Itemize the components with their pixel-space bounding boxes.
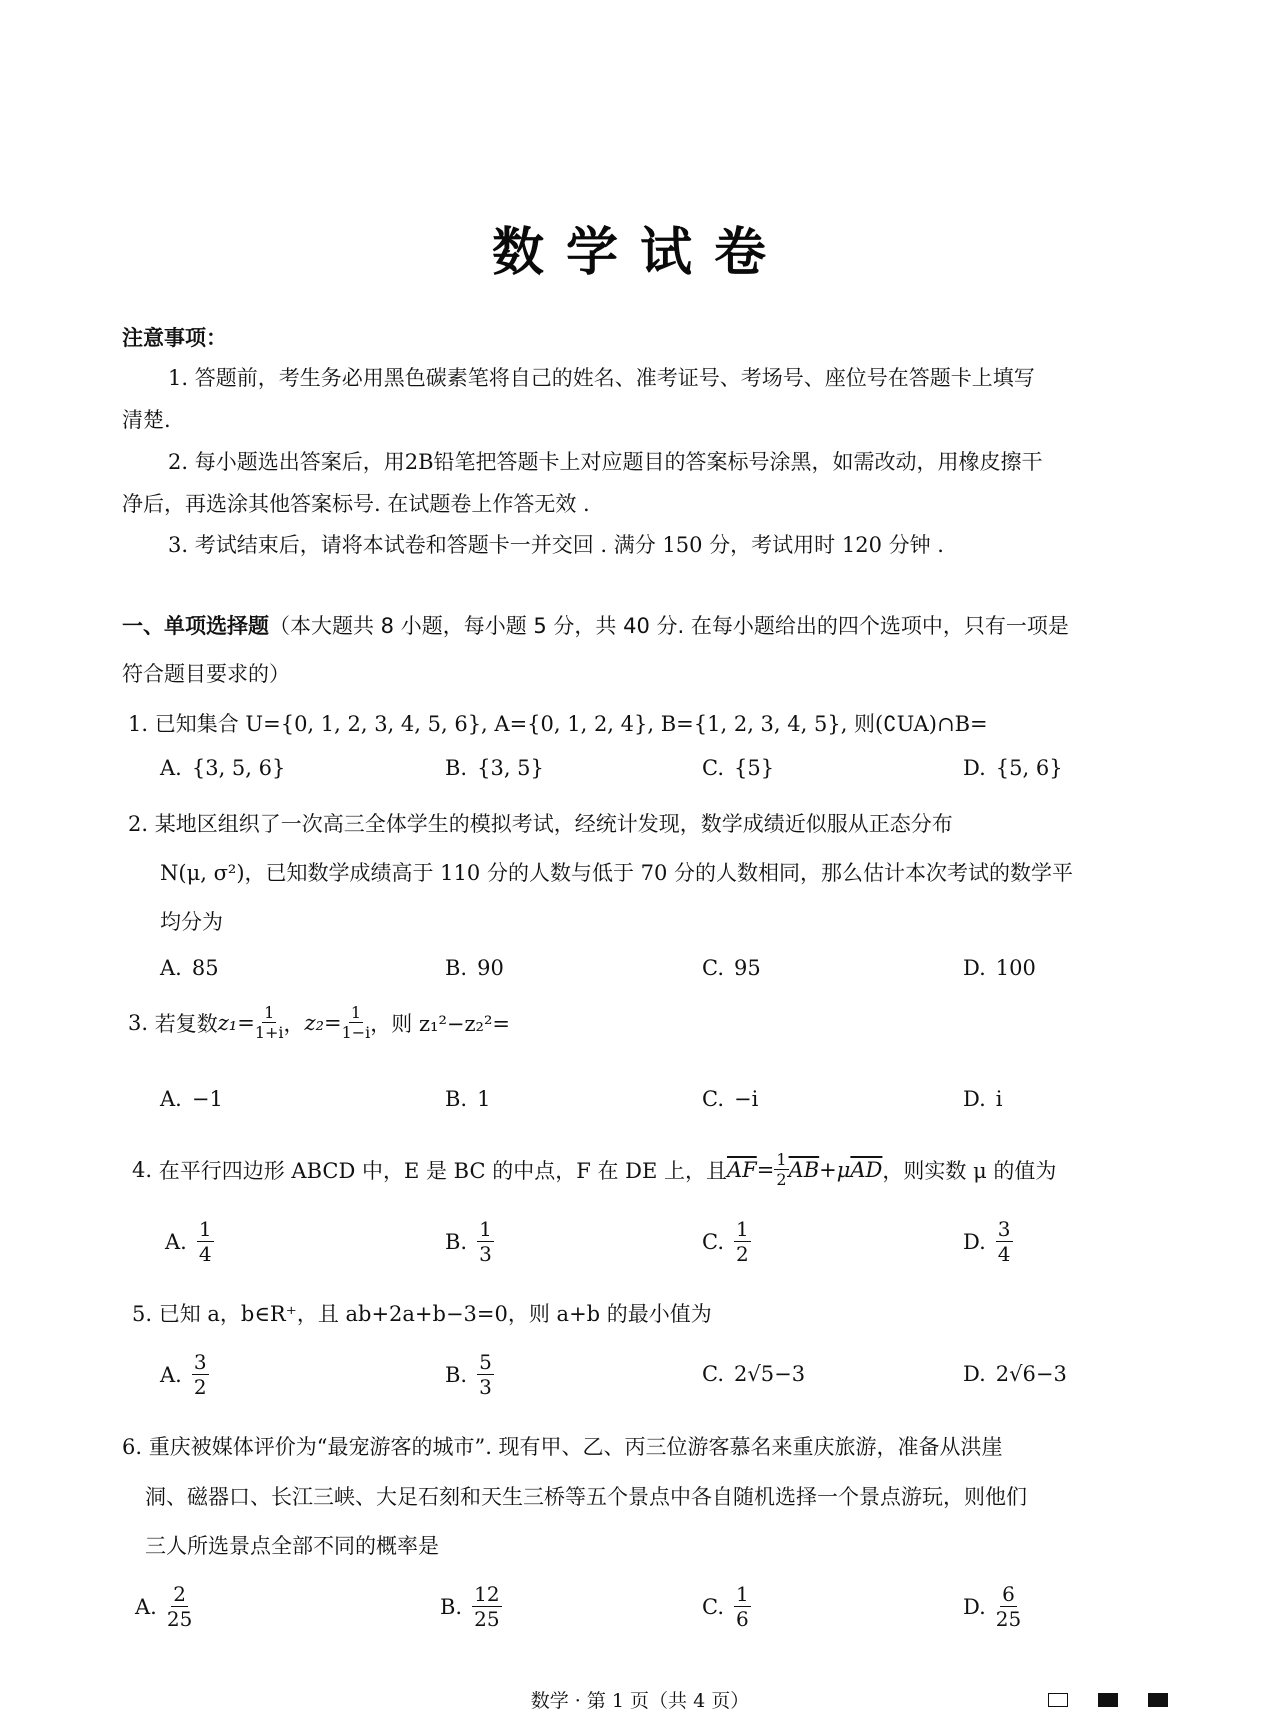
q4-option-b[interactable]: B.13	[445, 1217, 494, 1266]
notice-item-1-line2: 清楚.	[122, 405, 171, 435]
q1-option-b[interactable]: B.{3, 5}	[445, 756, 544, 780]
q1-option-d[interactable]: D.{5, 6}	[963, 756, 1063, 780]
q3-option-b[interactable]: B.1	[445, 1087, 490, 1111]
question-text-line1: 某地区组织了一次高三全体学生的模拟考试，经统计发现，数学成绩近似服从正态分布	[155, 812, 953, 836]
question-2: 2. 某地区组织了一次高三全体学生的模拟考试，经统计发现，数学成绩近似服从正态分…	[128, 808, 953, 838]
q3-option-a[interactable]: A.−1	[160, 1087, 223, 1111]
question-number: 4.	[132, 1158, 152, 1182]
q3-option-c[interactable]: C.−i	[702, 1087, 758, 1111]
registration-marks	[1048, 1693, 1168, 1707]
question-6-line2: 洞、磁器口、长江三峡、大足石刻和天生三桥等五个景点中各自随机选择一个景点游玩，则…	[145, 1481, 1027, 1511]
question-6: 6. 重庆被媒体评价为“最宠游客的城市”. 现有甲、乙、丙三位游客慕名来重庆旅游…	[122, 1431, 1003, 1461]
q3-option-d[interactable]: D.i	[963, 1087, 1002, 1111]
q6-option-d[interactable]: D.625	[963, 1582, 1021, 1631]
notice-item-3: 3. 考试结束后，请将本试卷和答题卡一并交回 . 满分 150 分，考试用时 1…	[168, 530, 944, 560]
q1-option-c[interactable]: C.{5}	[702, 756, 774, 780]
question-number: 3.	[128, 1011, 148, 1035]
empty-square-icon	[1048, 1693, 1068, 1707]
page-title: 数学试卷	[0, 210, 1280, 285]
question-4: 4. 在平行四边形 ABCD 中，E 是 BC 的中点，F 在 DE 上，且 A…	[132, 1150, 1056, 1189]
question-6-line3: 三人所选景点全部不同的概率是	[145, 1530, 439, 1560]
notice-heading: 注意事项：	[122, 322, 227, 352]
section-title: 一、单项选择题	[122, 614, 269, 638]
q6-option-b[interactable]: B.1225	[440, 1582, 502, 1631]
filled-square-icon	[1148, 1693, 1168, 1707]
question-number: 2.	[128, 812, 148, 836]
section-heading: 一、单项选择题（本大题共 8 小题，每小题 5 分，共 40 分. 在每小题给出…	[122, 610, 1069, 640]
question-number: 6.	[122, 1435, 142, 1459]
question-2-line2: N(μ, σ²)，已知数学成绩高于 110 分的人数与低于 70 分的人数相同，…	[160, 857, 1073, 887]
question-number: 1.	[128, 712, 148, 736]
fraction: 11−i	[342, 1003, 371, 1042]
q2-option-c[interactable]: C.95	[702, 956, 761, 980]
question-text-line1: 重庆被媒体评价为“最宠游客的城市”. 现有甲、乙、丙三位游客慕名来重庆旅游，准备…	[149, 1435, 1003, 1459]
q4-option-c[interactable]: C.12	[702, 1217, 751, 1266]
question-5: 5. 已知 a，b∈R⁺，且 ab+2a+b−3=0，则 a+b 的最小值为	[132, 1298, 712, 1328]
fraction: 12	[774, 1150, 788, 1189]
q2-option-d[interactable]: D.100	[963, 956, 1036, 980]
vector-ad: AD	[850, 1158, 882, 1182]
q4-option-d[interactable]: D.34	[963, 1217, 1013, 1266]
question-text: 已知集合 U={0, 1, 2, 3, 4, 5, 6}, A={0, 1, 2…	[155, 712, 988, 736]
question-3: 3. 若复数 z₁= 11+i， z₂= 11−i ，则 z₁²−z₂²=	[128, 1003, 510, 1042]
notice-item-2-line2: 净后，再选涂其他答案标号. 在试题卷上作答无效 .	[122, 489, 590, 519]
q5-option-d[interactable]: D.2√6−3	[963, 1362, 1067, 1386]
filled-square-icon	[1098, 1693, 1118, 1707]
section-description: （本大题共 8 小题，每小题 5 分，共 40 分. 在每小题给出的四个选项中，…	[269, 614, 1069, 638]
notice-item-1-line1: 1. 答题前，考生务必用黑色碳素笔将自己的姓名、准考证号、考场号、座位号在答题卡…	[168, 363, 1035, 393]
question-2-line3: 均分为	[160, 906, 223, 936]
q2-option-b[interactable]: B.90	[445, 956, 504, 980]
section-description-line2: 符合题目要求的）	[122, 658, 290, 688]
q1-option-a[interactable]: A.{3, 5, 6}	[160, 756, 285, 780]
vector-ab: AB	[789, 1158, 820, 1182]
question-number: 5.	[132, 1302, 152, 1326]
q6-option-a[interactable]: A.225	[135, 1582, 192, 1631]
q4-option-a[interactable]: A.14	[165, 1217, 214, 1266]
q5-option-b[interactable]: B.53	[445, 1350, 494, 1399]
q6-option-c[interactable]: C.16	[702, 1582, 751, 1631]
q5-option-c[interactable]: C.2√5−3	[702, 1362, 805, 1386]
question-1: 1. 已知集合 U={0, 1, 2, 3, 4, 5, 6}, A={0, 1…	[128, 708, 988, 738]
question-text: 已知 a，b∈R⁺，且 ab+2a+b−3=0，则 a+b 的最小值为	[159, 1302, 712, 1326]
q5-option-a[interactable]: A.32	[160, 1350, 209, 1399]
notice-item-2-line1: 2. 每小题选出答案后，用2B铅笔把答题卡上对应题目的答案标号涂黑，如需改动，用…	[168, 447, 1043, 477]
q2-option-a[interactable]: A.85	[160, 956, 219, 980]
vector-af: AF	[727, 1158, 757, 1182]
fraction: 11+i	[255, 1003, 284, 1042]
